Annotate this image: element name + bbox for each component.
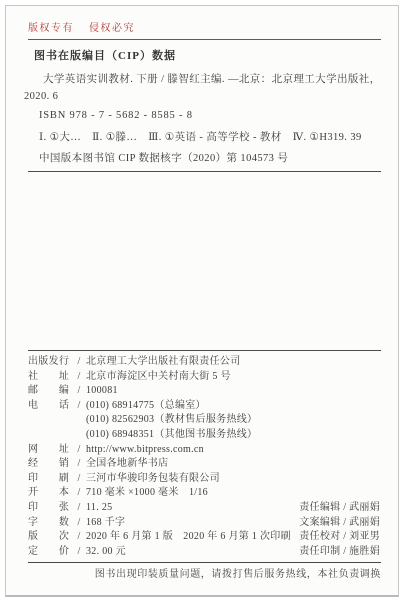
cip-isbn-line: ISBN 978 - 7 - 5682 - 8585 - 8 — [28, 109, 381, 123]
colophon-row-publisher: 出版发行 / 北京理工大学出版社有限责任公司 — [28, 355, 381, 370]
colophon-row-sheets: 印 张 / 11. 25 责任编辑 / 武丽娟 — [28, 501, 381, 516]
colophon-row-format: 开 本 / 710 毫米 ×1000 毫米 1/16 — [28, 486, 381, 501]
colophon: 出版发行 / 北京理工大学出版社有限责任公司 社 址 / 北京市海淀区中关村南大… — [28, 355, 381, 559]
red-divider — [28, 39, 381, 40]
copyright-notice: 版权专有 侵权必究 — [28, 22, 381, 35]
colophon-row-edition: 版 次 / 2020 年 6 月第 1 版 2020 年 6 月第 1 次印刷 … — [28, 530, 381, 545]
row-label: 印 张 — [28, 501, 72, 516]
row-separator: / — [72, 516, 86, 531]
row-value: (010) 82562903（教材售后服务热线） — [86, 413, 257, 428]
cip-edition-line: 2020. 6 — [24, 90, 381, 104]
row-label: 定 价 — [28, 545, 72, 560]
row-label: 开 本 — [28, 486, 72, 501]
row-value: (010) 68948351（其他图书服务热线） — [86, 428, 257, 443]
footer-divider — [28, 562, 381, 563]
row-editor: 责任印制 / 施胜娟 — [299, 545, 381, 560]
colophon-row-price: 定 价 / 32. 00 元 责任印制 / 施胜娟 — [28, 545, 381, 560]
row-separator: / — [72, 530, 86, 545]
row-label: 网 址 — [28, 443, 72, 458]
row-value: 北京理工大学出版社有限责任公司 — [86, 355, 241, 370]
row-label: 电 话 — [28, 399, 72, 414]
cip-heading: 图书在版编目（CIP）数据 — [34, 49, 381, 64]
row-separator: / — [72, 370, 86, 385]
row-separator: / — [72, 384, 86, 399]
colophon-row-phone-3: (010) 68948351（其他图书服务热线） — [28, 428, 381, 443]
row-value: (010) 68914775（总编室） — [86, 399, 206, 414]
row-separator: / — [72, 457, 86, 472]
row-label: 版 次 — [28, 530, 72, 545]
colophon-row-wordcount: 字 数 / 168 千字 文案编辑 / 武丽娟 — [28, 516, 381, 531]
copyright-page: 版权专有 侵权必究 图书在版编目（CIP）数据 大学英语实训教材. 下册 / 滕… — [6, 6, 398, 595]
row-separator: / — [72, 355, 86, 370]
notice-right: 侵权必究 — [89, 22, 135, 35]
row-editor: 责任编辑 / 武丽娟 — [299, 501, 381, 516]
row-editor: 责任校对 / 刘亚男 — [299, 530, 381, 545]
row-value: http://www.bitpress.com.cn — [86, 443, 204, 458]
row-separator: / — [72, 545, 86, 560]
colophon-row-phone-1: 电 话 / (010) 68914775（总编室） — [28, 399, 381, 414]
colophon-row-website: 网 址 / http://www.bitpress.com.cn — [28, 443, 381, 458]
row-value: 100081 — [86, 384, 118, 399]
colophon-divider — [28, 350, 381, 351]
row-value: 11. 25 — [86, 501, 112, 516]
row-editor: 文案编辑 / 武丽娟 — [299, 516, 381, 531]
row-separator: / — [72, 472, 86, 487]
row-label: 字 数 — [28, 516, 72, 531]
blank-area — [28, 172, 381, 350]
colophon-row-postcode: 邮 编 / 100081 — [28, 384, 381, 399]
colophon-row-phone-2: (010) 82562903（教材售后服务热线） — [28, 413, 381, 428]
row-value: 北京市海淀区中关村南大街 5 号 — [86, 370, 231, 385]
page-frame: 版权专有 侵权必究 图书在版编目（CIP）数据 大学英语实训教材. 下册 / 滕… — [5, 5, 399, 597]
row-value: 168 千字 — [86, 516, 125, 531]
colophon-row-address: 社 址 / 北京市海淀区中关村南大街 5 号 — [28, 370, 381, 385]
row-separator: / — [72, 443, 86, 458]
row-value: 710 毫米 ×1000 毫米 1/16 — [86, 486, 208, 501]
row-label: 经 销 — [28, 457, 72, 472]
cip-title-line: 大学英语实训教材. 下册 / 滕智红主编. —北京：北京理工大学出版社， — [28, 73, 381, 87]
row-label: 邮 编 — [28, 384, 72, 399]
row-label: 出版发行 — [28, 355, 72, 370]
row-label: 印 刷 — [28, 472, 72, 487]
row-label: 社 址 — [28, 370, 72, 385]
cip-record-line: 中国版本图书馆 CIP 数据核字（2020）第 104573 号 — [28, 152, 381, 166]
row-value: 三河市华骏印务包装有限公司 — [86, 472, 220, 487]
row-value: 2020 年 6 月第 1 版 2020 年 6 月第 1 次印刷 — [86, 530, 291, 545]
row-separator: / — [72, 501, 86, 516]
row-value: 全国各地新华书店 — [86, 457, 168, 472]
row-separator: / — [72, 486, 86, 501]
row-separator: / — [72, 399, 86, 414]
notice-left: 版权专有 — [28, 22, 74, 35]
row-value: 32. 00 元 — [86, 545, 126, 560]
cip-class-line: Ⅰ. ①大… Ⅱ. ①滕… Ⅲ. ①英语 - 高等学校 - 教材 Ⅳ. ①H31… — [28, 131, 381, 145]
quality-note: 图书出现印装质量问题，请拨打售后服务热线，本社负责调换 — [28, 568, 381, 582]
colophon-row-printer: 印 刷 / 三河市华骏印务包装有限公司 — [28, 472, 381, 487]
colophon-row-distribution: 经 销 / 全国各地新华书店 — [28, 457, 381, 472]
